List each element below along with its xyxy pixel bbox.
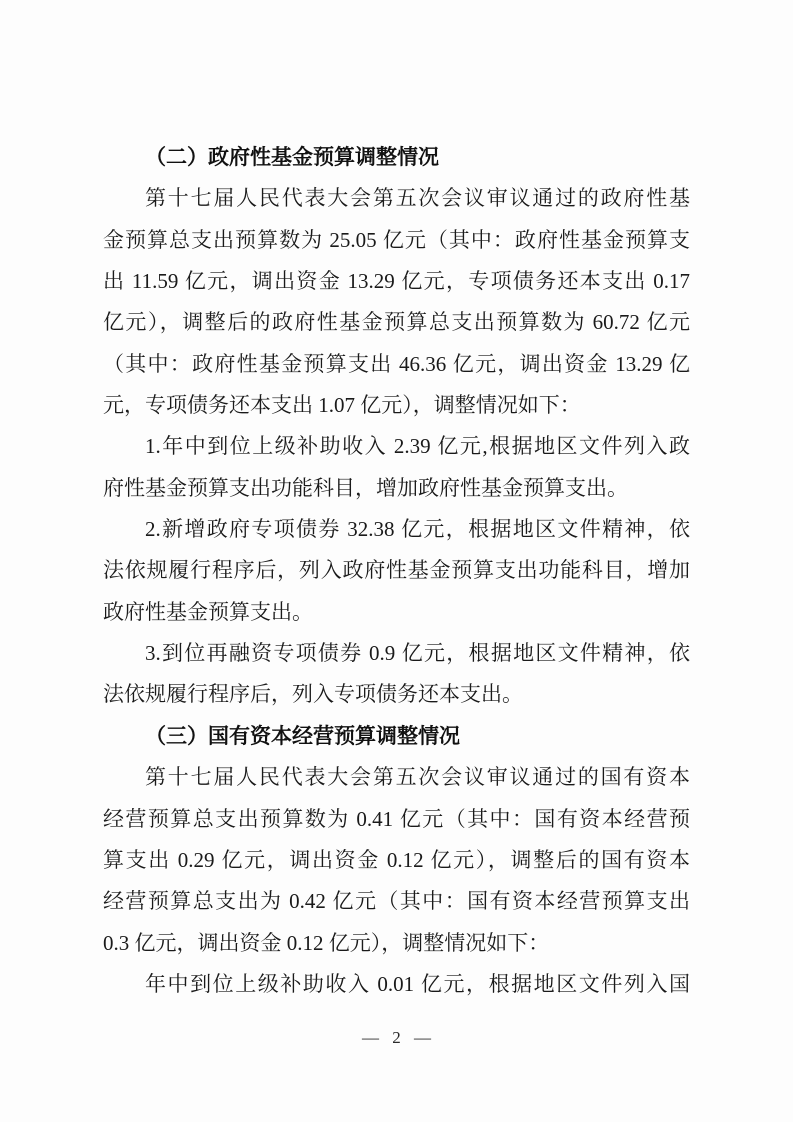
text-line: 算支出 0.29 亿元，调出资金 0.12 亿元），调整后的国有资本 [103,840,690,881]
text-line: 年中到位上级补助收入 0.01 亿元，根据地区文件列入国 [103,964,690,1005]
text-line: （其中：政府性基金预算支出 46.36 亿元，调出资金 13.29 亿 [103,344,690,385]
text-line: 第十七届人民代表大会第五次会议审议通过的国有资本 [103,757,690,798]
text-line: 3.到位再融资专项债券 0.9 亿元，根据地区文件精神，依 [103,633,690,674]
section-2-heading: （二）政府性基金预算调整情况 [103,137,690,178]
text-line: 0.3 亿元，调出资金 0.12 亿元），调整情况如下： [103,923,690,964]
document-body: （二）政府性基金预算调整情况 第十七届人民代表大会第五次会议审议通过的政府性基 … [103,137,690,1005]
text-line: 法依规履行程序后，列入政府性基金预算支出功能科目，增加 [103,550,690,591]
text-line: 府性基金预算支出功能科目，增加政府性基金预算支出。 [103,468,690,509]
page-number: — 2 — [0,1026,793,1050]
document-page: （二）政府性基金预算调整情况 第十七届人民代表大会第五次会议审议通过的政府性基 … [0,0,793,1122]
text-line: 出 11.59 亿元，调出资金 13.29 亿元，专项债务还本支出 0.17 [103,261,690,302]
text-line: 亿元），调整后的政府性基金预算总支出预算数为 60.72 亿元 [103,302,690,343]
text-line: 元，专项债务还本支出 1.07 亿元），调整情况如下： [103,385,690,426]
text-line: 第十七届人民代表大会第五次会议审议通过的政府性基 [103,178,690,219]
text-line: 1.年中到位上级补助收入 2.39 亿元,根据地区文件列入政 [103,426,690,467]
text-line: 金预算总支出预算数为 25.05 亿元（其中：政府性基金预算支 [103,220,690,261]
section-3-heading: （三）国有资本经营预算调整情况 [103,716,690,757]
text-line: 经营预算总支出预算数为 0.41 亿元（其中：国有资本经营预 [103,799,690,840]
text-line: 2.新增政府专项债券 32.38 亿元，根据地区文件精神，依 [103,509,690,550]
text-line: 政府性基金预算支出。 [103,592,690,633]
text-line: 经营预算总支出为 0.42 亿元（其中：国有资本经营预算支出 [103,881,690,922]
text-line: 法依规履行程序后，列入专项债务还本支出。 [103,674,690,715]
